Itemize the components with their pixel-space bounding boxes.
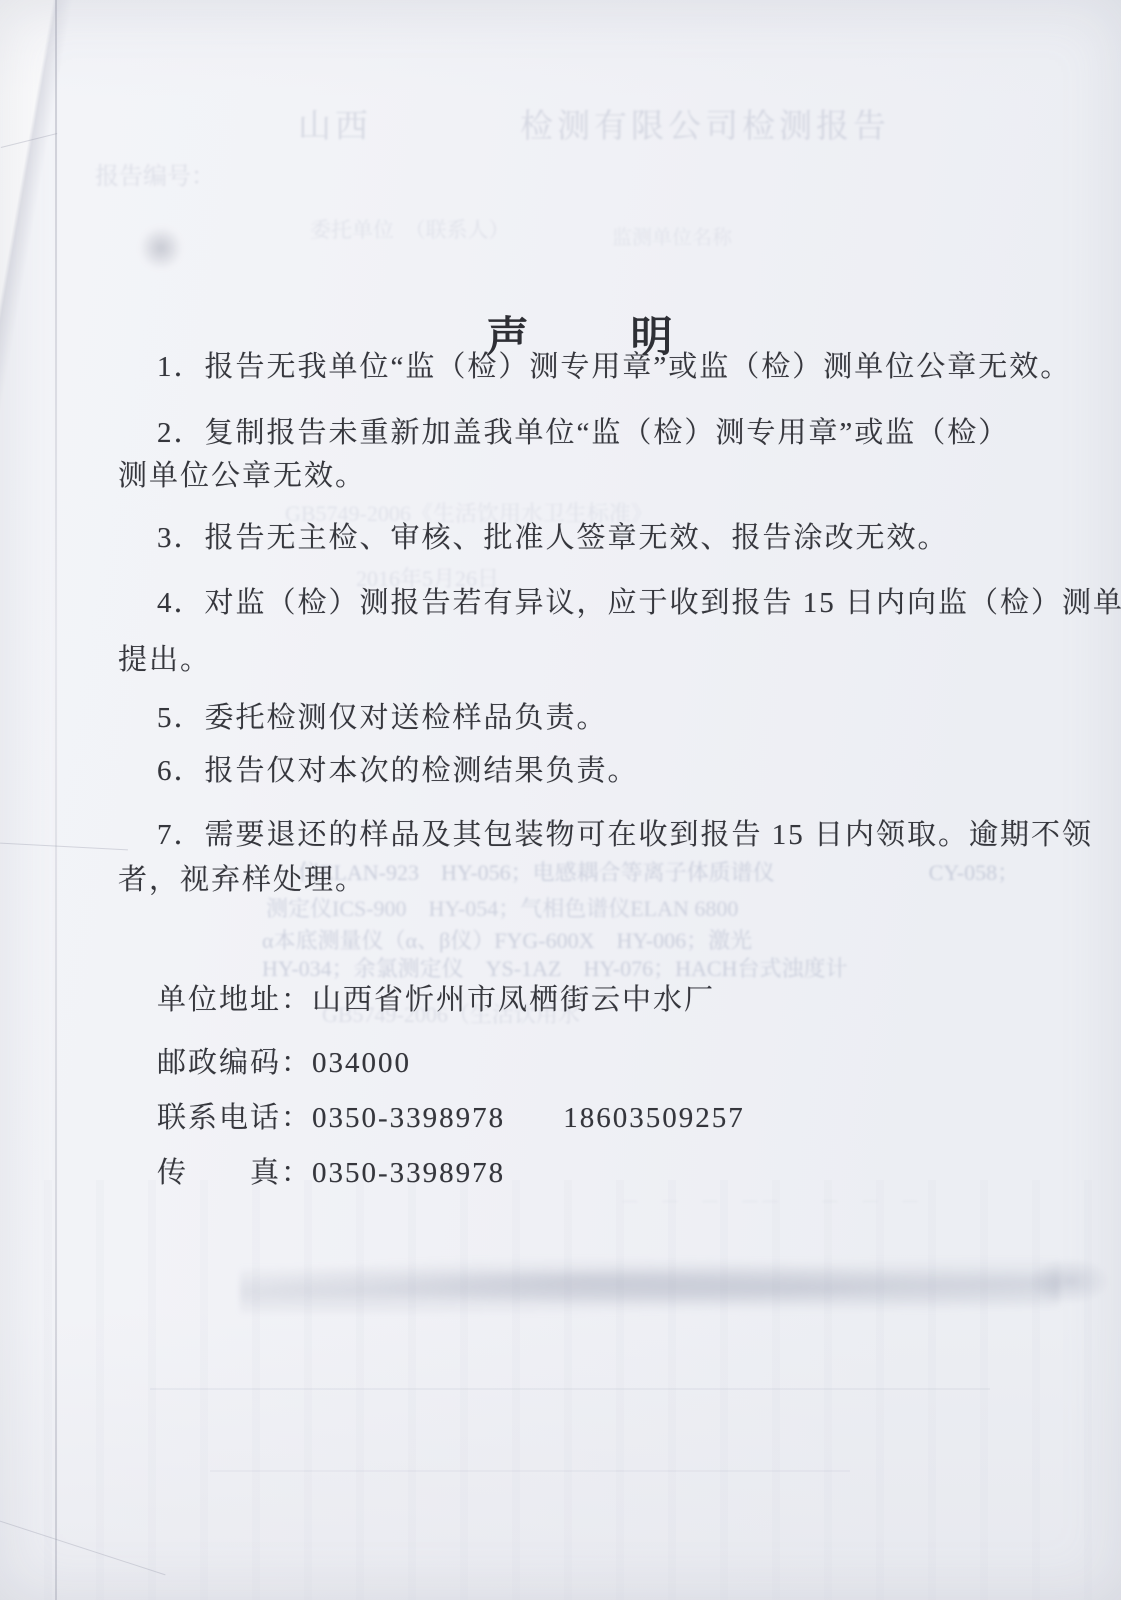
contact-phone-label: 联系电话： — [157, 1102, 312, 1134]
contact-fax-value: 0350-3398978 — [312, 1157, 505, 1189]
contact-address-value: 山西省忻州市凤栖街云中水厂 — [312, 984, 715, 1016]
statement-item-3: 3．报告无主检、审核、批准人签章无效、报告涂改无效。 — [157, 521, 949, 555]
contact-fax-row: 传 真：0350-3398978 — [157, 1156, 505, 1190]
contact-postal-label: 邮政编码： — [157, 1047, 312, 1079]
paper-crease — [0, 843, 128, 851]
paper-crease — [1, 133, 58, 148]
contact-address-label: 单位地址： — [157, 984, 312, 1016]
bleedthrough-text: 监测单位名称 — [612, 221, 732, 250]
document-page: 山西 检测有限公司检测报告 报告编号： 委托单位 （联系人） 监测单位名称 GB… — [0, 0, 1121, 1600]
statement-item-7: 7．需要退还的样品及其包装物可在收到报告 15 日内领取。逾期不领 — [157, 818, 1093, 852]
contact-phone-primary: 0350-3398978 — [312, 1102, 505, 1134]
bleedthrough-text: 山西 检测有限公司检测报告 — [298, 100, 890, 147]
bleedthrough-text: 仪ELAN-923 HY-056；电感耦合等离子体质谱仪 CY-058； — [298, 856, 1019, 887]
bleedthrough-rule — [150, 1388, 990, 1390]
contact-address-row: 单位地址：山西省忻州市凤栖街云中水厂 — [157, 983, 715, 1017]
contact-postal-row: 邮政编码：034000 — [157, 1046, 411, 1080]
bleedthrough-text: － － － －－ － － － — [620, 1186, 920, 1215]
statement-item-1: 1．报告无我单位“监（检）测专用章”或监（检）测单位公章无效。 — [157, 350, 1071, 384]
bleedthrough-text: α本底测量仪（α、β仪）FYG-600X HY-006；激光 — [262, 924, 752, 955]
page-fold-line — [55, 0, 57, 1600]
scan-streak-texture — [0, 1180, 1121, 1600]
statement-item-2-continued: 测单位公章无效。 — [118, 459, 366, 493]
ink-smudge — [140, 226, 182, 270]
bleedthrough-text: 报告编号： — [95, 156, 215, 191]
bleedthrough-smudge-band — [240, 1258, 1060, 1314]
contact-phone-mobile: 18603509257 — [563, 1102, 745, 1134]
bleedthrough-rule — [210, 1470, 850, 1472]
contact-phone-row: 联系电话：0350-339897818603509257 — [157, 1101, 745, 1135]
bleedthrough-text: HY-034；余氯测定仪 YS-1AZ HY-076；HACH台式浊度计 — [262, 952, 847, 983]
contact-fax-label: 传 真： — [157, 1157, 312, 1189]
statement-item-4-continued: 提出。 — [118, 643, 211, 677]
paper-crease — [0, 1516, 166, 1576]
statement-item-5: 5．委托检测仅对送检样品负责。 — [157, 701, 608, 735]
contact-postal-value: 034000 — [312, 1047, 411, 1079]
statement-item-7-continued: 者，视弃样处理。 — [118, 863, 366, 897]
bleedthrough-smudge — [1030, 1258, 1110, 1304]
statement-item-4: 4．对监（检）测报告若有异议，应于收到报告 15 日内向监（检）测单位 — [157, 586, 1121, 620]
bleedthrough-text: 委托单位 （联系人） — [310, 214, 510, 244]
statement-item-6: 6．报告仅对本次的检测结果负责。 — [157, 754, 639, 788]
statement-item-2: 2．复制报告未重新加盖我单位“监（检）测专用章”或监（检） — [157, 416, 1009, 450]
